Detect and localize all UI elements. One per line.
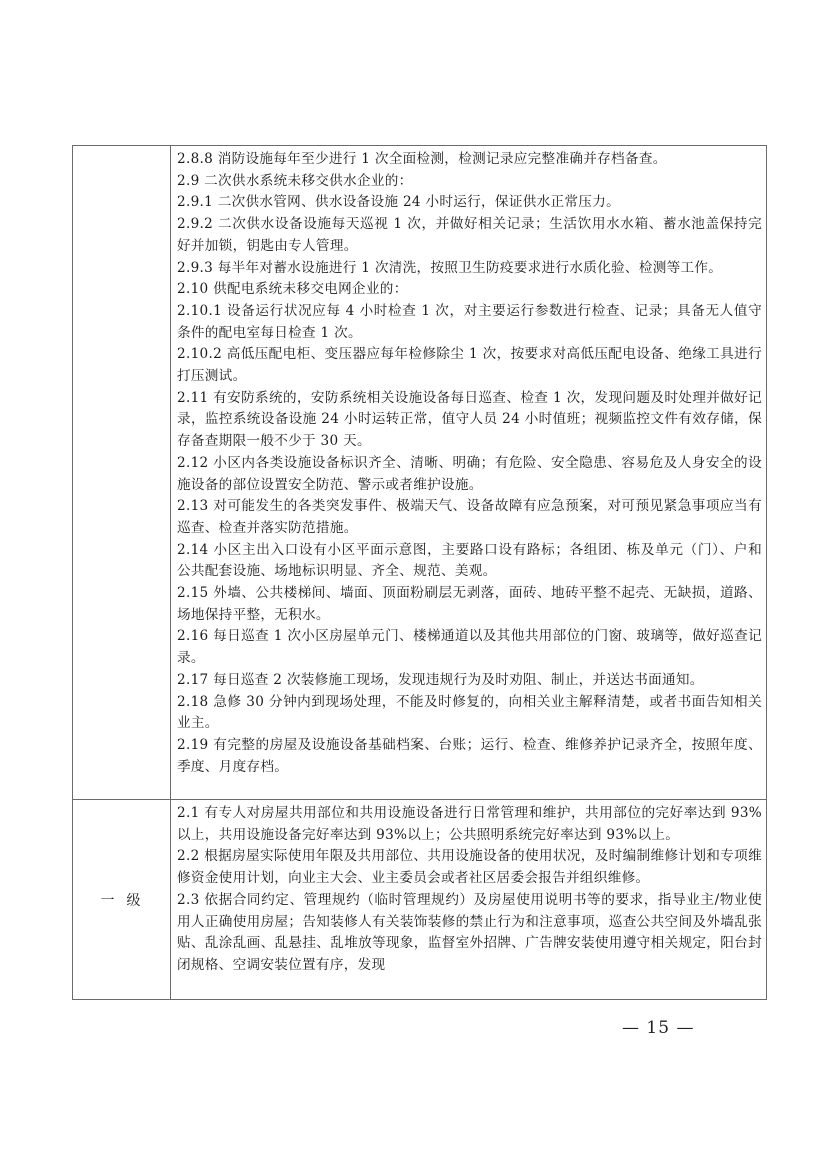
clause-2-13: 2.13 对可能发生的各类突发事件、极端天气、设备故障有应急预案，对可预见紧急事… [177, 496, 762, 539]
clause-2-9-1: 2.9.1 二次供水管网、供水设备设施 24 小时运行，保证供水正常压力。 [177, 192, 762, 214]
clause-2-8-8: 2.8.8 消防设施每年至少进行 1 次全面检测，检测记录应完整准确并存档备查。 [177, 149, 762, 171]
content-cell: 2.8.8 消防设施每年至少进行 1 次全面检测，检测记录应完整准确并存档备查。… [171, 146, 767, 800]
table-row: 2.8.8 消防设施每年至少进行 1 次全面检测，检测记录应完整准确并存档备查。… [73, 146, 767, 800]
standards-table: 2.8.8 消防设施每年至少进行 1 次全面检测，检测记录应完整准确并存档备查。… [72, 145, 767, 1000]
clause-2-9-2: 2.9.2 二次供水设备设施每天巡视 1 次，并做好相关记录；生活饮用水水箱、蓄… [177, 214, 762, 257]
clause-2-12: 2.12 小区内各类设施设备标识齐全、清晰、明确；有危险、安全隐患、容易危及人身… [177, 453, 762, 496]
clause-2-17: 2.17 每日巡查 2 次装修施工现场，发现违规行为及时劝阻、制止，并送达书面通… [177, 670, 762, 692]
clause-2-16: 2.16 每日巡查 1 次小区房屋单元门、楼梯通道以及其他共用部位的门窗、玻璃等… [177, 626, 762, 669]
clause-2-9-3: 2.9.3 每半年对蓄水设施进行 1 次清洗，按照卫生防疫要求进行水质化验、检测… [177, 258, 762, 280]
clause-2-9: 2.9 二次供水系统未移交供水企业的： [177, 171, 762, 193]
clause-2-19: 2.19 有完整的房屋及设施设备基础档案、台账；运行、检查、维修养护记录齐全，按… [177, 735, 762, 778]
clause-2-10-1: 2.10.1 设备运行状况应每 4 小时检查 1 次，对主要运行参数进行检查、记… [177, 301, 762, 344]
clause-2-10: 2.10 供配电系统未移交电网企业的： [177, 279, 762, 301]
clause-2-10-2: 2.10.2 高低压配电柜、变压器应每年检修除尘 1 次，按要求对高低压配电设备… [177, 344, 762, 387]
clause-2-14: 2.14 小区主出入口设有小区平面示意图，主要路口设有路标；各组团、栋及单元（门… [177, 540, 762, 583]
clause-2-1: 2.1 有专人对房屋共用部位和共用设施设备进行日常管理和维护，共用部位的完好率达… [177, 803, 762, 846]
level-cell-first-grade: 一级 [73, 800, 171, 1000]
table-row: 一级 2.1 有专人对房屋共用部位和共用设施设备进行日常管理和维护，共用部位的完… [73, 800, 767, 1000]
clause-2-18: 2.18 急修 30 分钟内到现场处理，不能及时修复的，向相关业主解释清楚，或者… [177, 692, 762, 735]
clause-2-15: 2.15 外墙、公共楼梯间、墙面、顶面粉刷层无剥落，面砖、地砖平整不起壳、无缺损… [177, 583, 762, 626]
clause-2-11: 2.11 有安防系统的，安防系统相关设施设备每日巡查、检查 1 次，发现问题及时… [177, 388, 762, 453]
level-cell [73, 146, 171, 800]
page-number: — 15 — [622, 1018, 694, 1038]
content-cell: 2.1 有专人对房屋共用部位和共用设施设备进行日常管理和维护，共用部位的完好率达… [171, 800, 767, 1000]
clause-2-3: 2.3 依据合同约定、管理规约（临时管理规约）及房屋使用说明书等的要求，指导业主… [177, 890, 762, 977]
clause-2-2: 2.2 根据房屋实际使用年限及共用部位、共用设施设备的使用状况，及时编制维修计划… [177, 846, 762, 889]
